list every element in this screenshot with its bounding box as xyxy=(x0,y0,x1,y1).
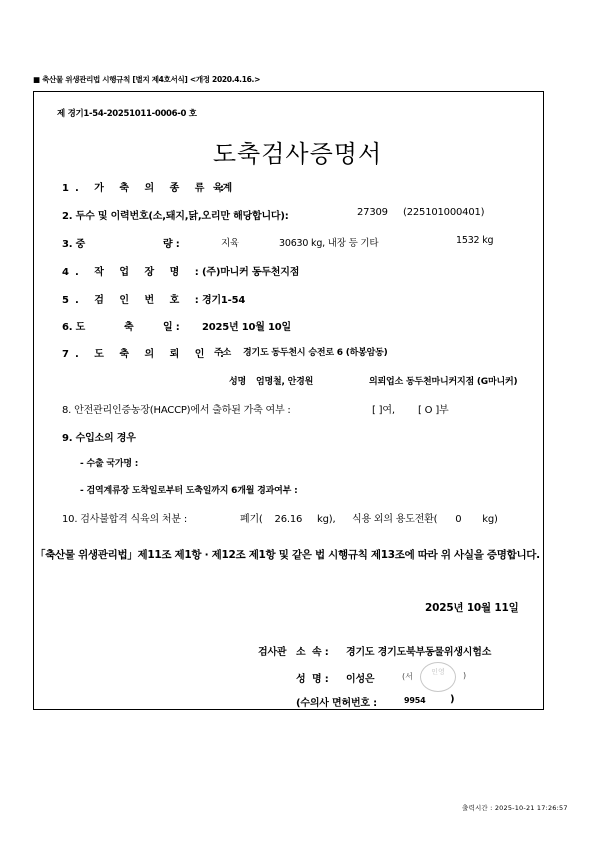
requester-name-label: 성명 xyxy=(229,374,246,387)
inspector-title: 검사관 xyxy=(258,643,286,658)
inspector-name-label: 성 명 : xyxy=(296,670,329,685)
species-label-text: 1. 가 축 의 종 류 : xyxy=(62,183,230,194)
seal-stamp-text: 인영 xyxy=(431,668,445,676)
disposal-repurpose: 식용 외의 용도전환( 0 kg) xyxy=(352,510,498,525)
slaughter-date-value: 2025년 10월 10일 xyxy=(202,318,291,333)
disposal-discard: 폐기( 26.16 kg), xyxy=(240,510,335,525)
requester-address-value: 경기도 동두천시 승전로 6 (하봉암동) xyxy=(243,345,388,358)
carcass-label: 지육 xyxy=(221,235,239,249)
workplace-label-text: 4. 작 업 장 명 : xyxy=(62,267,205,278)
requester-label: 7. 도 축 의 뢰 인 : xyxy=(62,345,230,360)
head-count-value: 27309 xyxy=(357,207,388,218)
weight-label-end: 량 : xyxy=(163,235,180,250)
slaughter-date-label-mid: 축 xyxy=(124,318,133,333)
import-label: 9. 수입소의 경우 xyxy=(62,429,136,444)
form-header-note: ■ 축산물 위생관리법 시행규칙 [별지 제4호서식] <개정 2020.4.1… xyxy=(33,74,260,85)
carcass-weight: 30630 kg, 내장 등 기타 xyxy=(279,235,378,249)
license-label: (수의사 면허번호 : xyxy=(296,694,377,709)
requester-business-value: 동두천마니커지점 (G마니커) xyxy=(406,374,517,387)
signature-close: ) xyxy=(463,671,466,680)
head-count-label: 2. 두수 및 이력번호(소,돼지,닭,오리만 해당합니다): xyxy=(62,207,289,222)
disposal-label: 10. 검사불합격 식육의 처분 : xyxy=(62,510,187,525)
signature-open: (서 xyxy=(402,671,413,682)
requester-address-label: 주소 xyxy=(214,345,231,358)
inspector-affiliation-label: 소 속 : xyxy=(296,643,329,658)
inspector-affiliation-value: 경기도 경기도북부동물위생시험소 xyxy=(346,643,491,658)
official-seal-stamp: 인영 xyxy=(420,662,456,692)
seal-number-label-text: 5. 검 인 번 호 : xyxy=(62,295,205,306)
weight-label-start: 3. 중 xyxy=(62,235,85,250)
license-number: 9954 xyxy=(404,696,425,705)
slaughter-date-label-start: 6. 도 xyxy=(62,318,85,333)
haccp-yes-checkbox: [ ]여, xyxy=(372,401,395,416)
inspector-name-value: 이성은 xyxy=(346,670,374,685)
seal-number-label: 5. 검 인 번 호 : xyxy=(62,291,205,306)
species-label: 1. 가 축 의 종 류 : xyxy=(62,179,230,194)
workplace-label: 4. 작 업 장 명 : xyxy=(62,263,205,278)
other-weight: 1532 kg xyxy=(456,235,493,246)
license-close: ) xyxy=(450,694,454,705)
slaughter-date-label-end: 일 : xyxy=(163,318,180,333)
requester-business-label: 의뢰업소 xyxy=(369,374,403,387)
document-title: 도축검사증명서 xyxy=(0,134,595,169)
certification-text: 「축산물 위생관리법」제11조 제1항 · 제12조 제1항 및 같은 법 시행… xyxy=(35,544,545,566)
workplace-value: (주)마니커 동두천지점 xyxy=(202,263,299,278)
requester-name-value: 엄명철, 안경원 xyxy=(256,374,313,387)
requester-label-text: 7. 도 축 의 뢰 인 : xyxy=(62,349,230,360)
species-value: 육계 xyxy=(213,179,232,194)
trace-number: (225101000401) xyxy=(403,207,484,218)
print-timestamp: 출력시간 : 2025-10-21 17:26:57 xyxy=(462,803,568,812)
issue-date: 2025년 10월 11일 xyxy=(425,600,519,615)
haccp-label: 8. 안전관리인증농장(HACCP)에서 출하된 가축 여부 : xyxy=(62,401,291,416)
certificate-number: 제 경기1-54-20251011-0006-0 호 xyxy=(57,107,197,119)
export-country-label: - 수출 국가명 : xyxy=(80,456,138,469)
seal-number-value: 경기1-54 xyxy=(202,291,245,306)
haccp-no-checkbox: [ O ]부 xyxy=(418,401,449,416)
six-month-label: - 검역계류장 도착일로부터 도축일까지 6개월 경과여부 : xyxy=(80,483,297,496)
